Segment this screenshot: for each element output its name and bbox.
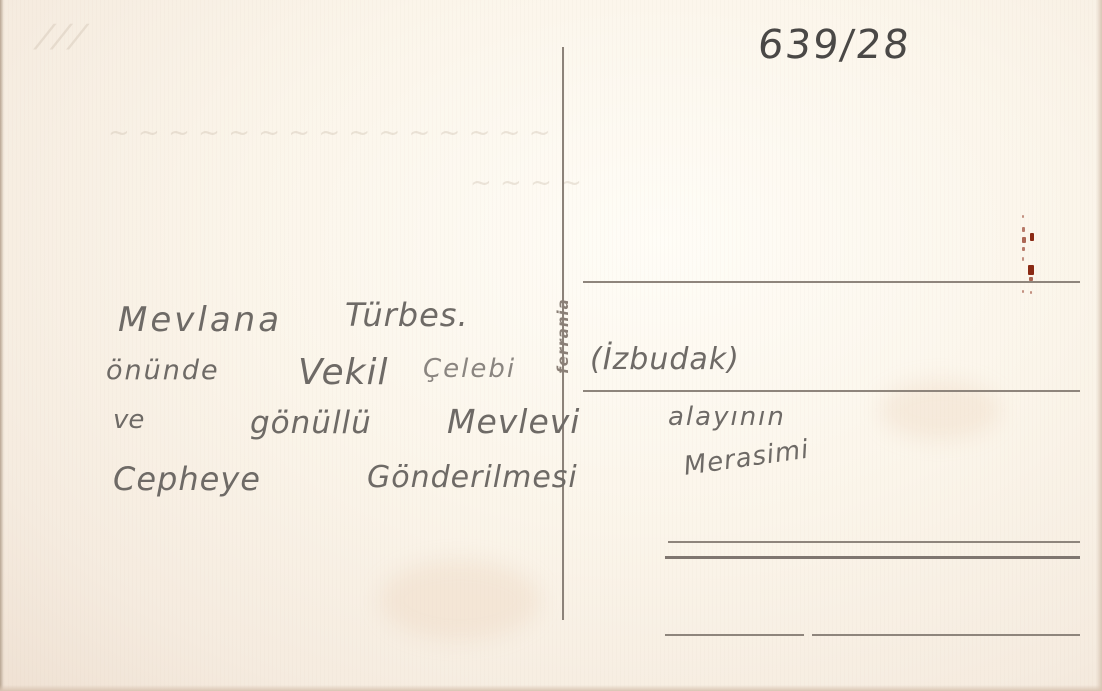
address-line-5b (812, 634, 1080, 636)
address-line-1 (583, 281, 1080, 283)
postcard-back: ⁄ ⁄ ⁄ ~ ~ ~ ~ ~ ~ ~ ~ ~ ~ ~ ~ ~ ~ ~ ~ ~ … (0, 0, 1102, 691)
address-line-2 (583, 390, 1080, 392)
caption-word: Merasimi (682, 435, 811, 482)
card-edge-right (1096, 0, 1102, 691)
stamp-residue (1016, 215, 1040, 300)
caption-word: Mevlevi (447, 402, 580, 441)
address-line-3 (668, 541, 1080, 543)
caption-word: (İzbudak) (590, 342, 740, 377)
caption-word: Cepheye (113, 460, 261, 498)
paper-stain (380, 560, 540, 640)
faint-ghost-writing: ~ ~ ~ ~ (470, 168, 582, 198)
paper-texture (0, 0, 1102, 691)
faint-ghost-writing: ~ ~ ~ ~ ~ ~ ~ ~ ~ ~ ~ ~ ~ ~ ~ (108, 118, 550, 148)
caption-word: gönüllü (250, 405, 372, 441)
faint-pencil-mark: ⁄ ⁄ ⁄ (42, 18, 81, 58)
caption-word: Gönderilmesi (367, 460, 578, 495)
caption-word: Mevlana (118, 300, 282, 340)
ferrania-imprint: ferrania (554, 298, 572, 374)
paper-stain (880, 380, 1000, 440)
caption-word: Türbes. (345, 296, 469, 334)
caption-word: alayının (668, 402, 786, 432)
archive-number: 639/28 (756, 22, 914, 68)
caption-word: Vekil (298, 352, 389, 393)
address-line-5a (665, 634, 804, 636)
caption-word: önünde (106, 355, 220, 386)
card-edge-bottom (0, 685, 1102, 691)
caption-word: Çelebi (423, 354, 516, 384)
address-line-4 (665, 556, 1080, 559)
card-edge-left (0, 0, 4, 691)
caption-word: ve (113, 405, 144, 435)
